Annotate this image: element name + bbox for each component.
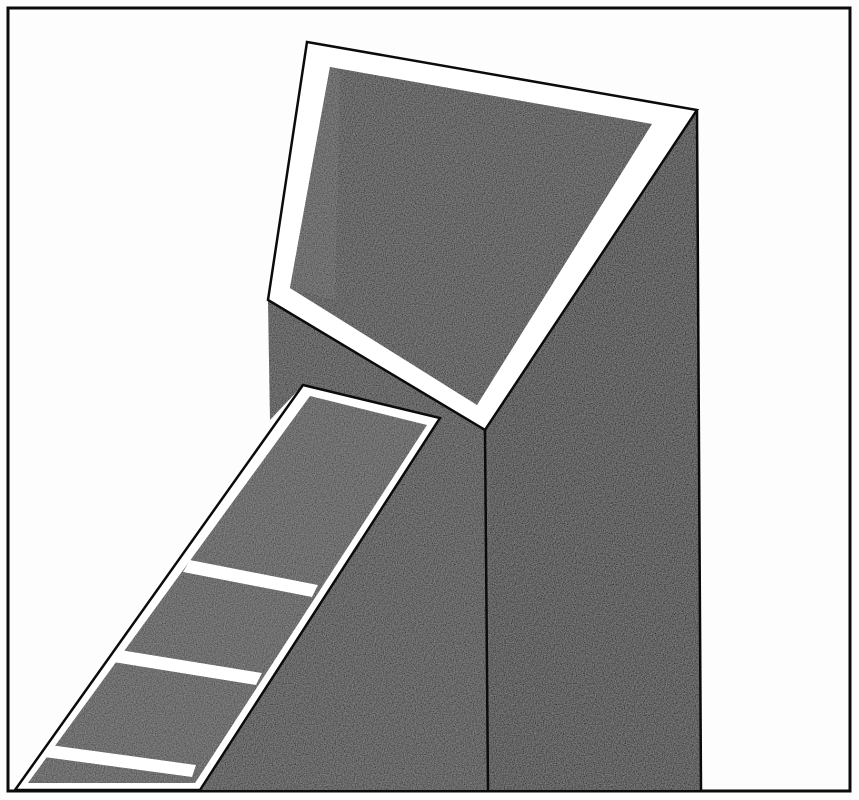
pencil-drawing [0,0,859,800]
drawing-canvas [0,0,859,800]
